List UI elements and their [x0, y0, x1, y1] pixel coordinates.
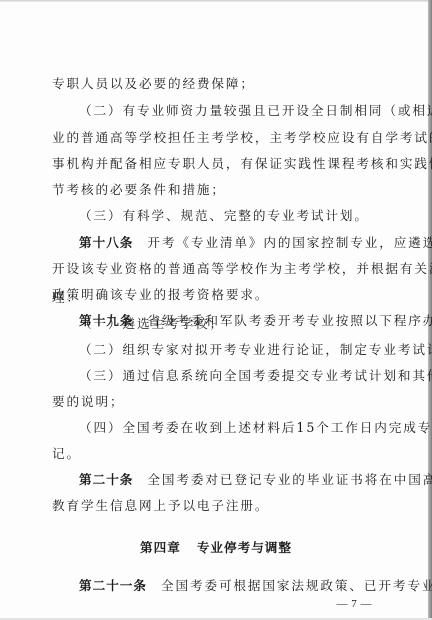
- chapter-heading: 第四章专业停考与调整: [0, 540, 432, 556]
- article-label: 第二十条: [79, 472, 133, 487]
- article-18-line: 第十八条开考《专业清单》内的国家控制专业，应遴选具备: [79, 235, 372, 251]
- text-line: 专职人员以及必要的经费保障；: [52, 76, 372, 92]
- text-line: 记。: [52, 446, 372, 462]
- text-line: 事机构并配备相应专职人员，有保证实践性课程考核和实践性环: [52, 156, 372, 172]
- text-line: （二）有专业师资力量较强且已开设全日制相同（或相近）专: [79, 103, 372, 119]
- article-21-line: 第二十一条全国考委可根据国家法规政策、已开考专业的: [79, 578, 372, 594]
- text-line: （三）有科学、规范、完整的专业考试计划。: [79, 208, 372, 224]
- text-line: 要的说明；: [52, 394, 372, 410]
- page-top-edge: [0, 0, 432, 2]
- chapter-number: 第四章: [140, 540, 181, 555]
- page-right-edge: [428, 0, 432, 620]
- chapter-title: 专业停考与调整: [197, 540, 292, 555]
- article-text: 开考《专业清单》内的国家控制专业，应遴选具备: [147, 235, 432, 250]
- article-label: 第二十一条: [79, 578, 147, 593]
- article-20-line: 第二十条全国考委对已登记专业的毕业证书将在中国高等: [79, 472, 372, 488]
- article-text: 全国考委可根据国家法规政策、已开考专业的: [161, 578, 432, 593]
- document-page: 专职人员以及必要的经费保障； （二）有专业师资力量较强且已开设全日制相同（或相近…: [0, 0, 432, 620]
- text-line: （四）全国考委在收到上述材料后15个工作日内完成专业登: [79, 420, 372, 436]
- text-line: 业的普通高等学校担任主考学校，主考学校应设有自学考试的办: [52, 130, 372, 146]
- article-text: 全国考委对已登记专业的毕业证书将在中国高等: [147, 472, 432, 487]
- text-line: 教育学生信息网上予以电子注册。: [52, 498, 372, 514]
- text-line: （二）组织专家对拟开考专业进行论证，制定专业考试计划；: [79, 342, 372, 358]
- text-line: 节考核的必要条件和措施；: [52, 182, 372, 198]
- page-number: — 7 —: [330, 598, 372, 610]
- text-line: 理：: [52, 290, 372, 306]
- article-label: 第十八条: [79, 235, 133, 250]
- text-line: 开设该专业资格的普通高等学校作为主考学校，并根据有关法规: [52, 261, 372, 277]
- text-line: （一）遴选主考学校；: [79, 316, 372, 332]
- text-line: （三）通过信息系统向全国考委提交专业考试计划和其他必: [79, 368, 372, 384]
